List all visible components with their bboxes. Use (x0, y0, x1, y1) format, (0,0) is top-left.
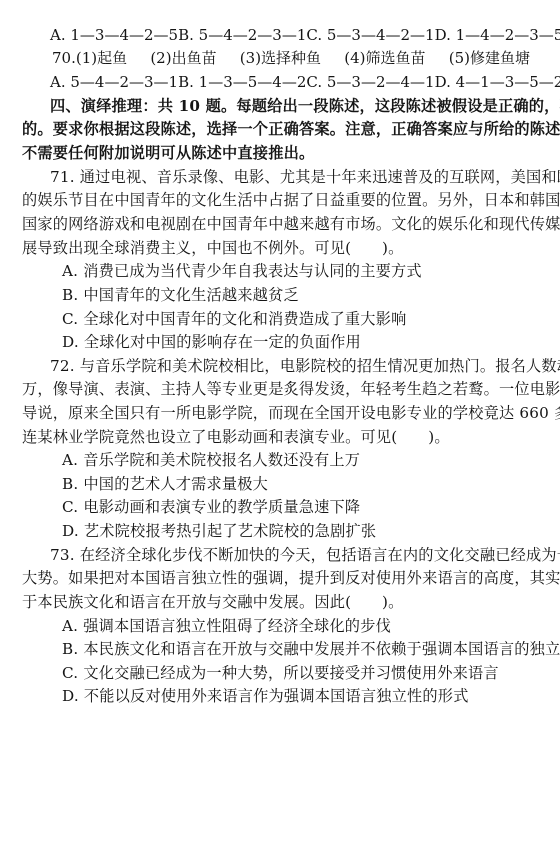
q72-option-b: B. 中国的艺术人才需求量极大 (62, 474, 530, 494)
q71-stem: 71. 通过电视、音乐录像、电影、尤其是十年来迅速普及的互联网，美国和欧洲制作 (50, 167, 530, 187)
section-instructions: 不需要任何附加说明可从陈述中直接推出。 (22, 143, 530, 163)
q70-items: 70.(1)起鱼 (2)出鱼苗 (3)选择种鱼 (4)筛选鱼苗 (5)修建鱼塘 (52, 48, 530, 68)
section-instructions: 的。要求你根据这段陈述，选择一个正确答案。注意，正确答案应与所给的陈述相结合， (22, 119, 530, 139)
q73-option-d: D. 不能以反对使用外来语言作为强调本国语言独立性的形式 (62, 686, 530, 706)
q70-number: 70. (52, 49, 76, 67)
q69-option-d: D. 1—4—2—3—5 (435, 25, 560, 45)
q70-option-d: D. 4—1—3—5—2 (435, 72, 560, 92)
q72-stem: 72. 与音乐学院和美术院校相比，电影院校的招生情况更加热门。报名人数动辄上 (50, 356, 530, 376)
q70-item: (3)选择种鱼 (240, 48, 321, 68)
q71-option-c: C. 全球化对中国青年的文化和消费造成了重大影响 (62, 309, 530, 329)
q69-option-c: C. 5—3—4—2—1 (306, 25, 434, 45)
q73-option-a: A. 强调本国语言独立性阻碍了经济全球化的步伐 (62, 616, 530, 636)
q71-stem: 国家的网络游戏和电视剧在中国青年中越来越有市场。文化的娱乐化和现代传媒的扩 (22, 214, 530, 234)
q70-item: (2)出鱼苗 (150, 48, 216, 68)
q69-options: A. 1—3—4—2—5 B. 5—4—2—3—1 C. 5—3—4—2—1 D… (50, 25, 530, 45)
q72-option-a: A. 音乐学院和美术院校报名人数还没有上万 (62, 450, 530, 470)
q70-options: A. 5—4—2—3—1 B. 1—3—5—4—2 C. 5—3—2—4—1 D… (50, 72, 530, 92)
q73-stem: 73. 在经济全球化步伐不断加快的今天，包括语言在内的文化交融已经成为一种 (50, 545, 530, 565)
q71-option-b: B. 中国青年的文化生活越来越贫乏 (62, 285, 530, 305)
q70-item: (1)起鱼 (76, 49, 127, 67)
q70-option-c: C. 5—3—2—4—1 (306, 72, 434, 92)
q72-option-d: D. 艺术院校报考热引起了艺术院校的急剧扩张 (62, 521, 530, 541)
q70-number-and-item-1: 70.(1)起鱼 (52, 48, 127, 68)
q71-option-d: D. 全球化对中国的影响存在一定的负面作用 (62, 332, 530, 352)
q69-option-b: B. 5—4—2—3—1 (178, 25, 306, 45)
q72-option-c: C. 电影动画和表演专业的教学质量急速下降 (62, 497, 530, 517)
exam-page: A. 1—3—4—2—5 B. 5—4—2—3—1 C. 5—3—4—2—1 D… (0, 0, 560, 852)
q73-stem: 于本民族文化和语言在开放与交融中发展。因此( )。 (22, 592, 530, 612)
q72-stem: 导说，原来全国只有一所电影学院，而现在全国开设电影专业的学校竟达 660 多所。… (22, 403, 530, 423)
q73-option-b: B. 本民族文化和语言在开放与交融中发展并不依赖于强调本国语言的独立性 (62, 639, 530, 659)
q72-stem: 连某林业学院竟然也设立了电影动画和表演专业。可见( )。 (22, 427, 530, 447)
q73-stem: 大势。如果把对本国语言独立性的强调，提升到反对使用外来语言的高度，其实并不利 (22, 568, 530, 588)
q70-option-b: B. 1—3—5—4—2 (178, 72, 306, 92)
q72-stem: 万，像导演、表演、主持人等专业更是炙得发烫，年轻考生趋之若鹜。一位电影学院的领 (22, 379, 530, 399)
q73-option-c: C. 文化交融已经成为一种大势，所以要接受并习惯使用外来语言 (62, 663, 530, 683)
q69-option-a: A. 1—3—4—2—5 (50, 25, 178, 45)
q70-item: (5)修建鱼塘 (449, 48, 530, 68)
q71-option-a: A. 消费已成为当代青少年自我表达与认同的主要方式 (62, 261, 530, 281)
section-heading: 四、演绎推理：共 10 题。每题给出一段陈述，这段陈述被假设是正确的，不容置疑 (50, 96, 530, 116)
q71-stem: 的娱乐节目在中国青年的文化生活中占据了日益重要的位置。另外，日本和韩国等亚洲 (22, 190, 530, 210)
q70-option-a: A. 5—4—2—3—1 (50, 72, 178, 92)
q71-stem: 展导致出现全球消费主义，中国也不例外。可见( )。 (22, 238, 530, 258)
q70-item: (4)筛选鱼苗 (344, 48, 425, 68)
